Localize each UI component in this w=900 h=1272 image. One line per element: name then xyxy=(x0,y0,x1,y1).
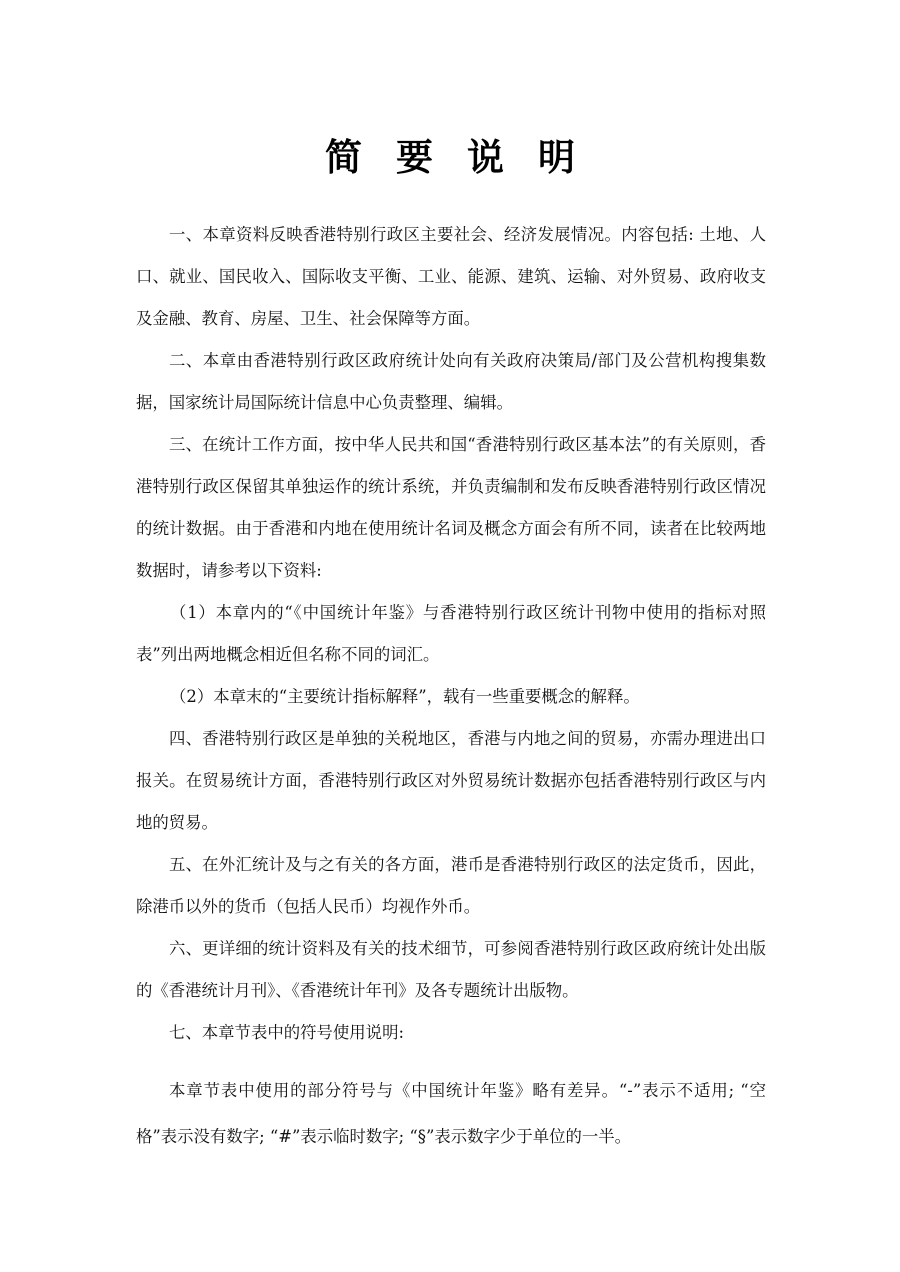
page-title: 简要说明 xyxy=(0,133,900,183)
document-page: 简要说明 一、本章资料反映香港特别行政区主要社会、经济发展情况。内容包括: 土地… xyxy=(0,0,900,1272)
title-char: 说 xyxy=(467,133,504,183)
paragraph-further-reading: 六、更详细的统计资料及有关的技术细节，可参阅香港特别行政区政府统计处出版的《香港… xyxy=(136,928,766,1012)
paragraph-data-source: 二、本章由香港特别行政区政府统计处向有关政府决策局/部门及公营机构搜集数据，国家… xyxy=(136,340,766,424)
paragraph-currency: 五、在外汇统计及与之有关的各方面，港币是香港特别行政区的法定货币，因此，除港币以… xyxy=(136,844,766,928)
paragraph-reference-2: （2）本章末的“主要统计指标解释”，载有一些重要概念的解释。 xyxy=(136,676,766,718)
document-body: 一、本章资料反映香港特别行政区主要社会、经济发展情况。内容包括: 土地、人口、就… xyxy=(136,214,766,1160)
paragraph-statistical-system: 三、在统计工作方面，按中华人民共和国“香港特别行政区基本法”的有关原则，香港特别… xyxy=(136,424,766,592)
paragraph-customs-territory: 四、香港特别行政区是单独的关税地区，香港与内地之间的贸易，亦需办理进出口报关。在… xyxy=(136,718,766,844)
paragraph-reference-1: （1）本章内的“《中国统计年鉴》与香港特别行政区统计刊物中使用的指标对照表”列出… xyxy=(136,592,766,676)
paragraph-symbols-notes: 本章节表中使用的部分符号与《中国统计年鉴》略有差异。“-”表示不适用; “空格”… xyxy=(136,1068,766,1160)
paragraph-symbols-heading: 七、本章节表中的符号使用说明: xyxy=(136,1012,766,1054)
title-char: 明 xyxy=(538,133,575,183)
paragraph-scope: 一、本章资料反映香港特别行政区主要社会、经济发展情况。内容包括: 土地、人口、就… xyxy=(136,214,766,340)
title-char: 简 xyxy=(325,133,362,183)
title-char: 要 xyxy=(396,133,433,183)
